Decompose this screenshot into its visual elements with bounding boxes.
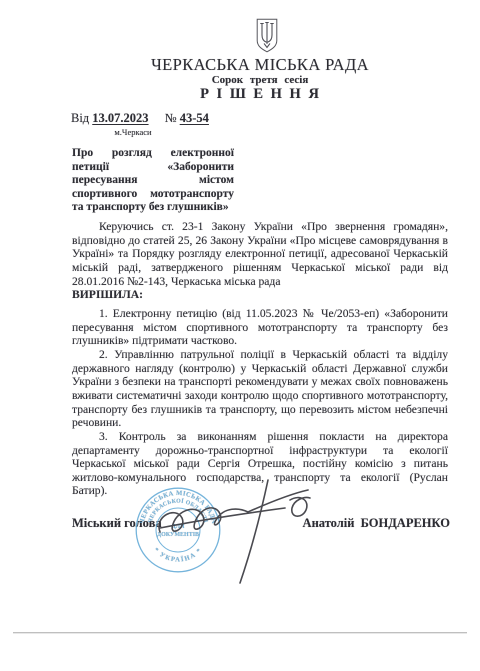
org-name: ЧЕРКАСЬКА МІСЬКА РАДА	[72, 55, 448, 75]
resolution-item-2: 2. Управлінню патрульної поліції в Черка…	[72, 348, 448, 430]
trident-emblem-icon	[256, 18, 278, 53]
resolution-items: 1. Електронну петицію (від 11.05.2023 № …	[72, 307, 448, 498]
date-number-line: Від 13.07.2023 № 43-54	[71, 111, 209, 126]
signature-strokes	[159, 480, 310, 583]
document-page: ЧЕРКАСЬКА МІСЬКА РАДА Сорок третя сесія …	[0, 0, 480, 671]
resolution-item-1: 1. Електронну петицію (від 11.05.2023 № …	[72, 307, 448, 348]
resolved-label: ВИРІШИЛА:	[72, 288, 448, 302]
number-label: №	[165, 111, 177, 125]
number-value: 43-54	[180, 111, 209, 125]
date-label: Від	[71, 111, 89, 125]
subject-paragraph: Про розгляд електронної петиції «Заборон…	[72, 147, 234, 215]
scan-fold-line	[13, 632, 467, 633]
document-type-title: Р І Ш Е Н Н Я	[72, 86, 448, 103]
city-label: м.Черкаси	[99, 127, 167, 137]
preamble-paragraph: Керуючись ст. 23-1 Закону України «Про з…	[72, 220, 448, 288]
signer-name: Анатолій БОНДАРЕНКО	[303, 516, 450, 531]
date-value: 13.07.2023	[92, 111, 148, 125]
session-title: Сорок третя сесія	[72, 74, 448, 86]
trident-glyph	[261, 23, 274, 48]
body-text: Керуючись ст. 23-1 Закону України «Про з…	[72, 220, 448, 498]
handwritten-signature	[140, 474, 320, 589]
